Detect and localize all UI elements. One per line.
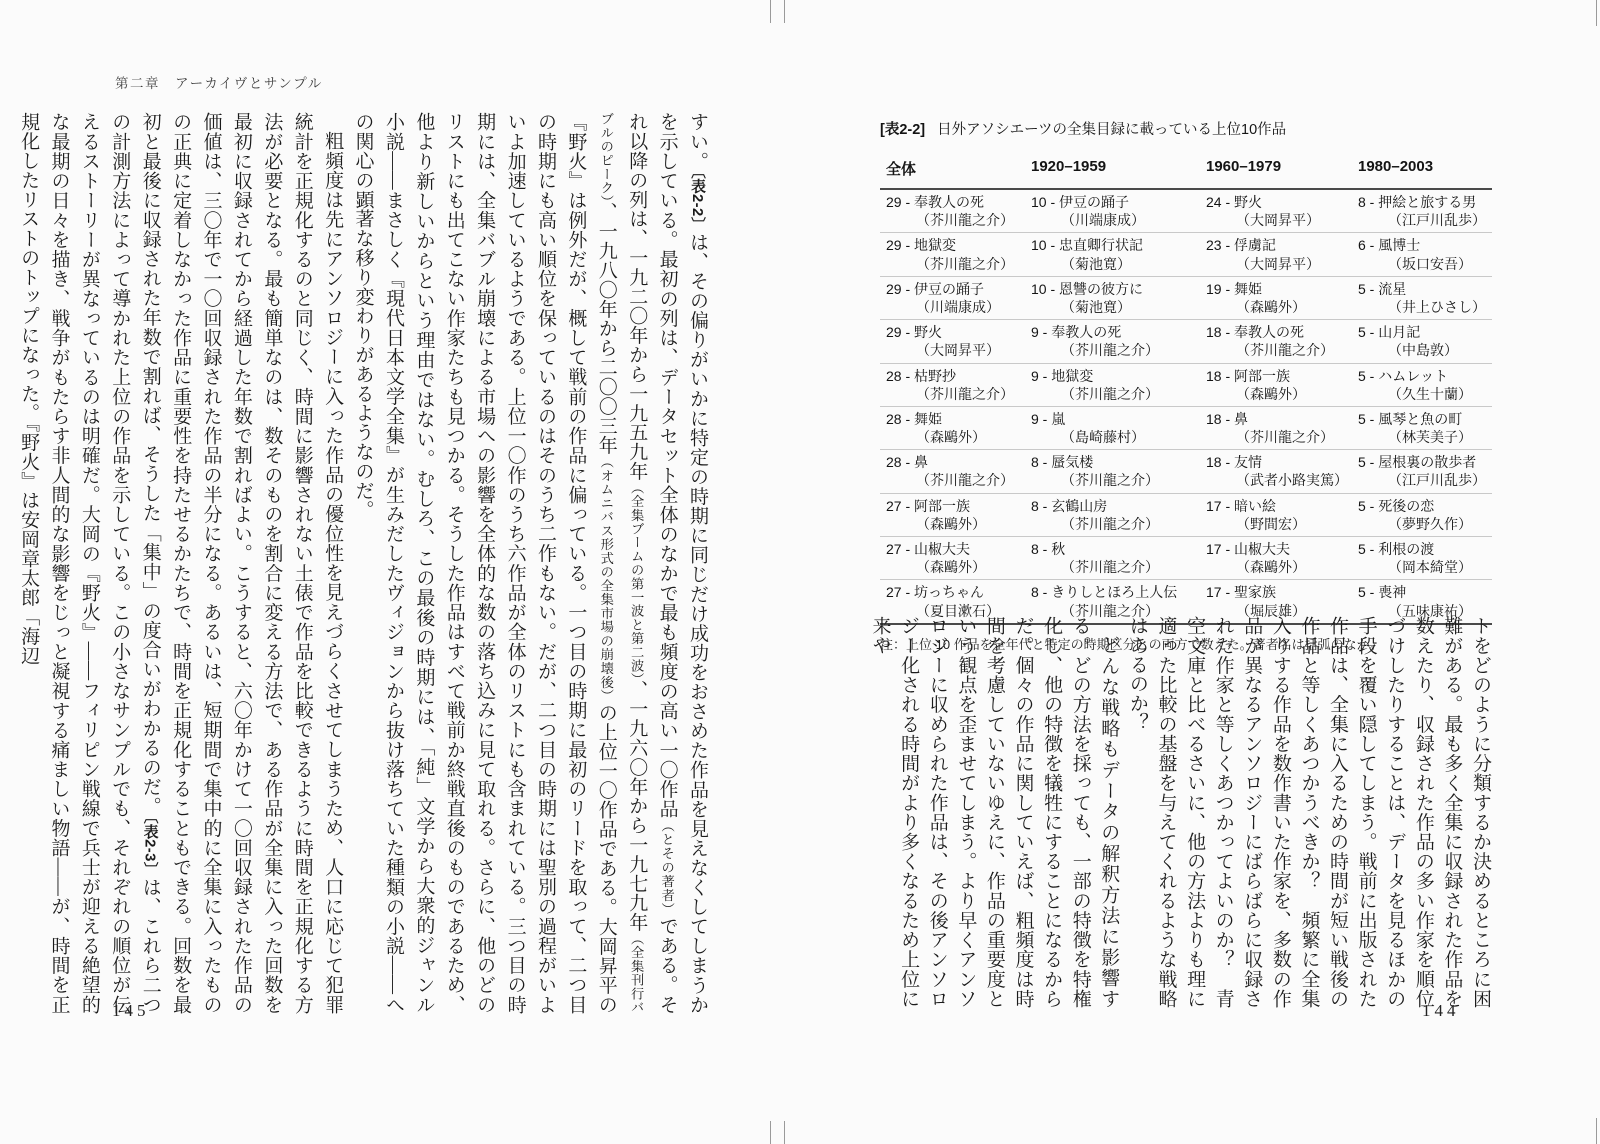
right-page-body-text: トをどのように分類するか決めるところに困難がある。最も多く全集に収録された作品を… [854, 616, 1494, 1008]
table-cell: 9 - 奉教人の死（芥川龍之介） [1025, 323, 1200, 359]
running-header: 第二章 アーカイヴとサンプル [115, 72, 323, 92]
table-cell: 18 - 阿部一族（森鷗外） [1200, 367, 1352, 403]
paragraph: トをどのように分類するか決めるところに困難がある。最も多く全集に収録された作品を… [1122, 616, 1494, 1008]
table-cell: 18 - 友情（武者小路実篤） [1200, 453, 1352, 489]
table-caption-text: 日外アソシエーツの全集目録に載っている上位10作品 [937, 122, 1286, 138]
paragraph: すい。〔表2-2〕は、その偏りがいかに特定の時期に同じだけ成功をおさめた作品を見… [347, 112, 712, 1014]
table-cell: 9 - 嵐（島崎藤村） [1025, 410, 1200, 446]
table-cell: 23 - 俘虜記（大岡昇平） [1200, 236, 1352, 272]
table-row: 29 - 地獄変（芥川龍之介）10 - 忠直卿行状記（菊池寛）23 - 俘虜記（… [880, 233, 1492, 276]
table-cell: 29 - 地獄変（芥川龍之介） [880, 236, 1025, 272]
table-cell: 28 - 舞姫（森鷗外） [880, 410, 1025, 446]
table-cell: 5 - 喪神（五味康祐） [1352, 583, 1492, 619]
table-column-header: 1960–1979 [1200, 158, 1352, 179]
table-cell: 17 - 暗い絵（野間宏） [1200, 497, 1352, 533]
table-cell: 10 - 恩讐の彼方に（菊池寛） [1025, 280, 1200, 316]
table-cell: 8 - きりしとほろ上人伝（芥川龍之介） [1025, 583, 1200, 619]
paragraph: 粗頻度は先にアンソロジーに入った作品の優位性を見えづらくさせてしまうため、人口に… [13, 112, 347, 1014]
crop-mark [1596, 1118, 1597, 1144]
table-column-header: 1920–1959 [1025, 158, 1200, 179]
crop-mark [770, 0, 771, 23]
table-row: 29 - 野火（大岡昇平）9 - 奉教人の死（芥川龍之介）18 - 奉教人の死（… [880, 320, 1492, 363]
table-cell: 27 - 阿部一族（森鷗外） [880, 497, 1025, 533]
table-row: 28 - 舞姫（森鷗外）9 - 嵐（島崎藤村）18 - 鼻（芥川龍之介）5 - … [880, 407, 1492, 450]
paragraph: どんな戦略もデータの解釈方法に影響する。どの方法を採っても、一部の特徴を特権化し… [865, 616, 1122, 1008]
table-cell: 18 - 鼻（芥川龍之介） [1200, 410, 1352, 446]
table-cell: 5 - 屋根裏の散歩者（江戸川乱歩） [1352, 453, 1492, 489]
table-cell: 9 - 地獄変（芥川龍之介） [1025, 367, 1200, 403]
table-row: 27 - 山椒大夫（森鷗外）8 - 秋（芥川龍之介）17 - 山椒大夫（森鷗外）… [880, 537, 1492, 580]
table-cell: 8 - 蜃気楼（芥川龍之介） [1025, 453, 1200, 489]
table-cell: 27 - 坊っちゃん（夏目漱石） [880, 583, 1025, 619]
table-cell: 10 - 忠直卿行状記（菊池寛） [1025, 236, 1200, 272]
crop-mark [784, 1121, 785, 1144]
table-cell: 29 - 伊豆の踊子（川端康成） [880, 280, 1025, 316]
table-caption-tag: [表2-2] [880, 122, 925, 138]
table-cell: 5 - 風琴と魚の町（林芙美子） [1352, 410, 1492, 446]
table-header-row: 全体1920–19591960–19791980–2003 [880, 158, 1492, 190]
table-cell: 29 - 野火（大岡昇平） [880, 323, 1025, 359]
table-cell: 29 - 奉教人の死（芥川龍之介） [880, 193, 1025, 229]
book-spread: 第二章 アーカイヴとサンプル すい。〔表2-2〕は、その偏りがいかに特定の時期に… [0, 0, 1600, 1144]
table-row: 29 - 伊豆の踊子（川端康成）10 - 恩讐の彼方に（菊池寛）19 - 舞姫（… [880, 277, 1492, 320]
table-row: 29 - 奉教人の死（芥川龍之介）10 - 伊豆の踊子（川端康成）24 - 野火… [880, 190, 1492, 233]
table-cell: 19 - 舞姫（森鷗外） [1200, 280, 1352, 316]
table-cell: 5 - 死後の恋（夢野久作） [1352, 497, 1492, 533]
table-cell: 24 - 野火（大岡昇平） [1200, 193, 1352, 229]
table-cell: 28 - 枯野抄（芥川龍之介） [880, 367, 1025, 403]
crop-mark [770, 1121, 771, 1144]
page-number-right: 144 [1422, 1001, 1460, 1021]
table-cell: 28 - 鼻（芥川龍之介） [880, 453, 1025, 489]
table-cell: 17 - 聖家族（堀辰雄） [1200, 583, 1352, 619]
table-cell: 17 - 山椒大夫（森鷗外） [1200, 540, 1352, 576]
page-number-left: 145 [112, 1001, 150, 1021]
table-caption: [表2-2]日外アソシエーツの全集目録に載っている上位10作品 [880, 118, 1492, 139]
table-cell: 27 - 山椒大夫（森鷗外） [880, 540, 1025, 576]
table-cell: 10 - 伊豆の踊子（川端康成） [1025, 193, 1200, 229]
table-cell: 6 - 風博士（坂口安吾） [1352, 236, 1492, 272]
table-body: 29 - 奉教人の死（芥川龍之介）10 - 伊豆の踊子（川端康成）24 - 野火… [880, 190, 1492, 625]
table-cell: 8 - 玄鶴山房（芥川龍之介） [1025, 497, 1200, 533]
table-cell: 5 - 利根の渡（岡本綺堂） [1352, 540, 1492, 576]
table-cell: 5 - 流星（井上ひさし） [1352, 280, 1492, 316]
table-column-header: 1980–2003 [1352, 158, 1492, 179]
table-row: 28 - 鼻（芥川龍之介）8 - 蜃気楼（芥川龍之介）18 - 友情（武者小路実… [880, 450, 1492, 493]
crop-mark [784, 0, 785, 23]
left-page-body-text: すい。〔表2-2〕は、その偏りがいかに特定の時期に同じだけ成功をおさめた作品を見… [32, 112, 712, 1014]
table-row: 28 - 枯野抄（芥川龍之介）9 - 地獄変（芥川龍之介）18 - 阿部一族（森… [880, 364, 1492, 407]
crop-mark [1596, 0, 1597, 26]
table-cell: 8 - 押絵と旅する男（江戸川乱歩） [1352, 193, 1492, 229]
table-row: 27 - 阿部一族（森鷗外）8 - 玄鶴山房（芥川龍之介）17 - 暗い絵（野間… [880, 494, 1492, 537]
table-column-header: 全体 [880, 158, 1025, 179]
table-cell: 5 - ハムレット（久生十蘭） [1352, 367, 1492, 403]
table-2-2: [表2-2]日外アソシエーツの全集目録に載っている上位10作品 全体1920–1… [880, 118, 1492, 653]
table-cell: 8 - 秋（芥川龍之介） [1025, 540, 1200, 576]
table-cell: 5 - 山月記（中島敦） [1352, 323, 1492, 359]
table-cell: 18 - 奉教人の死（芥川龍之介） [1200, 323, 1352, 359]
